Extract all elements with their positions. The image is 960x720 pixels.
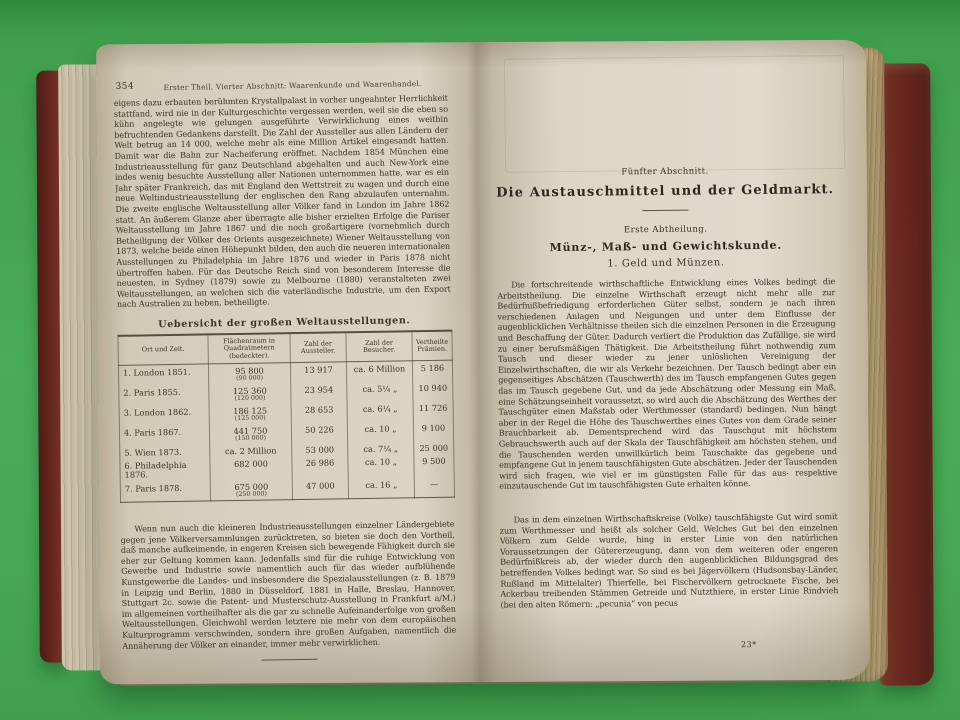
signature-mark: 23* (741, 640, 757, 649)
cell-flaeche: 675 000(250 000) (210, 479, 292, 501)
left-page-number: 354 (115, 82, 134, 92)
cell-praemien: 11 726 (413, 401, 453, 422)
right-body-paragraph-1: Die fortschreitende wirthschaftliche Ent… (497, 276, 837, 514)
cell-flaeche: 125 360(120 000) (209, 383, 291, 404)
cell-praemien: 5 186 (412, 360, 452, 381)
cell-aussteller: 53 000 (292, 442, 348, 456)
cell-ort: 3. London 1862. (119, 404, 209, 425)
left-page: 354 Erster Theil. Vierter Abschnitt: Waa… (113, 77, 456, 672)
part-title: Münz-, Maß- und Gewichtskunde. (497, 238, 835, 255)
part-label: Erste Abtheilung. (497, 223, 835, 237)
column-header-flaeche: Flächenraum in Quadratmetern (bedeckter)… (208, 333, 290, 364)
cell-flaeche-sub: (250 000) (213, 491, 290, 499)
cell-aussteller: 50 226 (291, 422, 347, 443)
column-header-praemien: Vertheilte Prämien. (412, 331, 452, 361)
table-title: Uebersicht der großen Weltausstellungen. (117, 315, 451, 331)
cell-flaeche-sub: (90 000) (211, 375, 288, 383)
cell-besucher: ca. 6 Million (346, 361, 412, 383)
cell-flaeche-main: ca. 2 Million (225, 445, 277, 456)
cell-flaeche: 95 800(90 000) (208, 363, 290, 385)
column-header-aussteller: Zahl der Aussteller. (290, 332, 346, 362)
cell-flaeche-main: 682 000 (234, 459, 268, 470)
cell-ort: 2. Paris 1855. (119, 384, 209, 405)
cell-besucher: ca. 10 „ (347, 421, 413, 442)
cell-praemien: — (414, 476, 454, 497)
cell-besucher: ca. 6¼ „ (347, 401, 413, 422)
photo-of-open-book: { "colors":{ "backdrop_green":"#48ab58",… (0, 0, 960, 720)
cell-ort: 4. Paris 1867. (119, 424, 209, 445)
cell-aussteller: 13 917 (290, 362, 346, 383)
cell-praemien: 9 100 (413, 421, 453, 442)
left-body-text-bottom: Wenn nun auch die kleineren Industrieaus… (120, 519, 456, 652)
cell-aussteller: 47 000 (292, 478, 348, 499)
end-of-chapter-rule (262, 659, 318, 661)
column-header-besucher: Zahl der Besucher. (346, 331, 412, 362)
sub-heading: 1. Geld und Münzen. (497, 256, 835, 271)
cell-praemien: 10 940 (413, 381, 453, 402)
cell-flaeche-sub: (125 000) (212, 415, 289, 423)
cell-flaeche-sub: (120 000) (211, 395, 288, 403)
chapter-title: Die Austauschmittel und der Geldmarkt. (496, 182, 834, 201)
cell-flaeche: ca. 2 Million (210, 443, 292, 457)
open-book: 354 Erster Theil. Vierter Abschnitt: Waa… (36, 25, 934, 696)
weltausstellungen-table: Ort und Zeit. Flächenraum in Quadratmete… (117, 330, 455, 503)
left-running-header: Erster Theil. Vierter Abschnitt: Waarenk… (137, 79, 447, 93)
right-body-paragraph-2: Das in dem einzelnen Wirthschaftskreise … (500, 511, 839, 637)
cell-besucher: ca. 16 „ (348, 477, 414, 499)
cell-aussteller: 23 954 (291, 382, 347, 403)
section-label: Fünfter Abschnitt. (496, 165, 834, 179)
cell-besucher: ca. 5¼ „ (347, 381, 413, 402)
cell-flaeche: 186 125(125 000) (209, 403, 291, 424)
cell-besucher: ca. 10 „ (348, 454, 414, 477)
chapter-title-rule (642, 210, 688, 211)
cell-ort: 6. Philadelphia 1876. (120, 458, 210, 482)
cell-besucher: ca. 7¼ „ (348, 441, 414, 455)
column-header-ort: Ort und Zeit. (118, 334, 208, 365)
cell-flaeche: 682 000 (210, 456, 292, 480)
left-body-text-top: eigens dazu erbauten berühmten Krystallp… (114, 93, 451, 316)
cell-praemien: 9 500 (414, 454, 454, 477)
cell-flaeche-sub: (150 000) (212, 435, 289, 443)
cell-flaeche: 441 750(150 000) (209, 423, 291, 444)
table-row: 7. Paris 1878. 675 000(250 000) 47 000 c… (120, 476, 454, 502)
cell-ort: 1. London 1851. (118, 364, 208, 386)
cell-aussteller: 28 653 (291, 402, 347, 423)
right-page: Fünfter Abschnitt. Die Austauschmittel u… (495, 65, 839, 669)
cell-praemien: 25 000 (414, 441, 454, 455)
cell-aussteller: 26 986 (292, 455, 348, 478)
cell-ort: 7. Paris 1878. (120, 480, 210, 502)
